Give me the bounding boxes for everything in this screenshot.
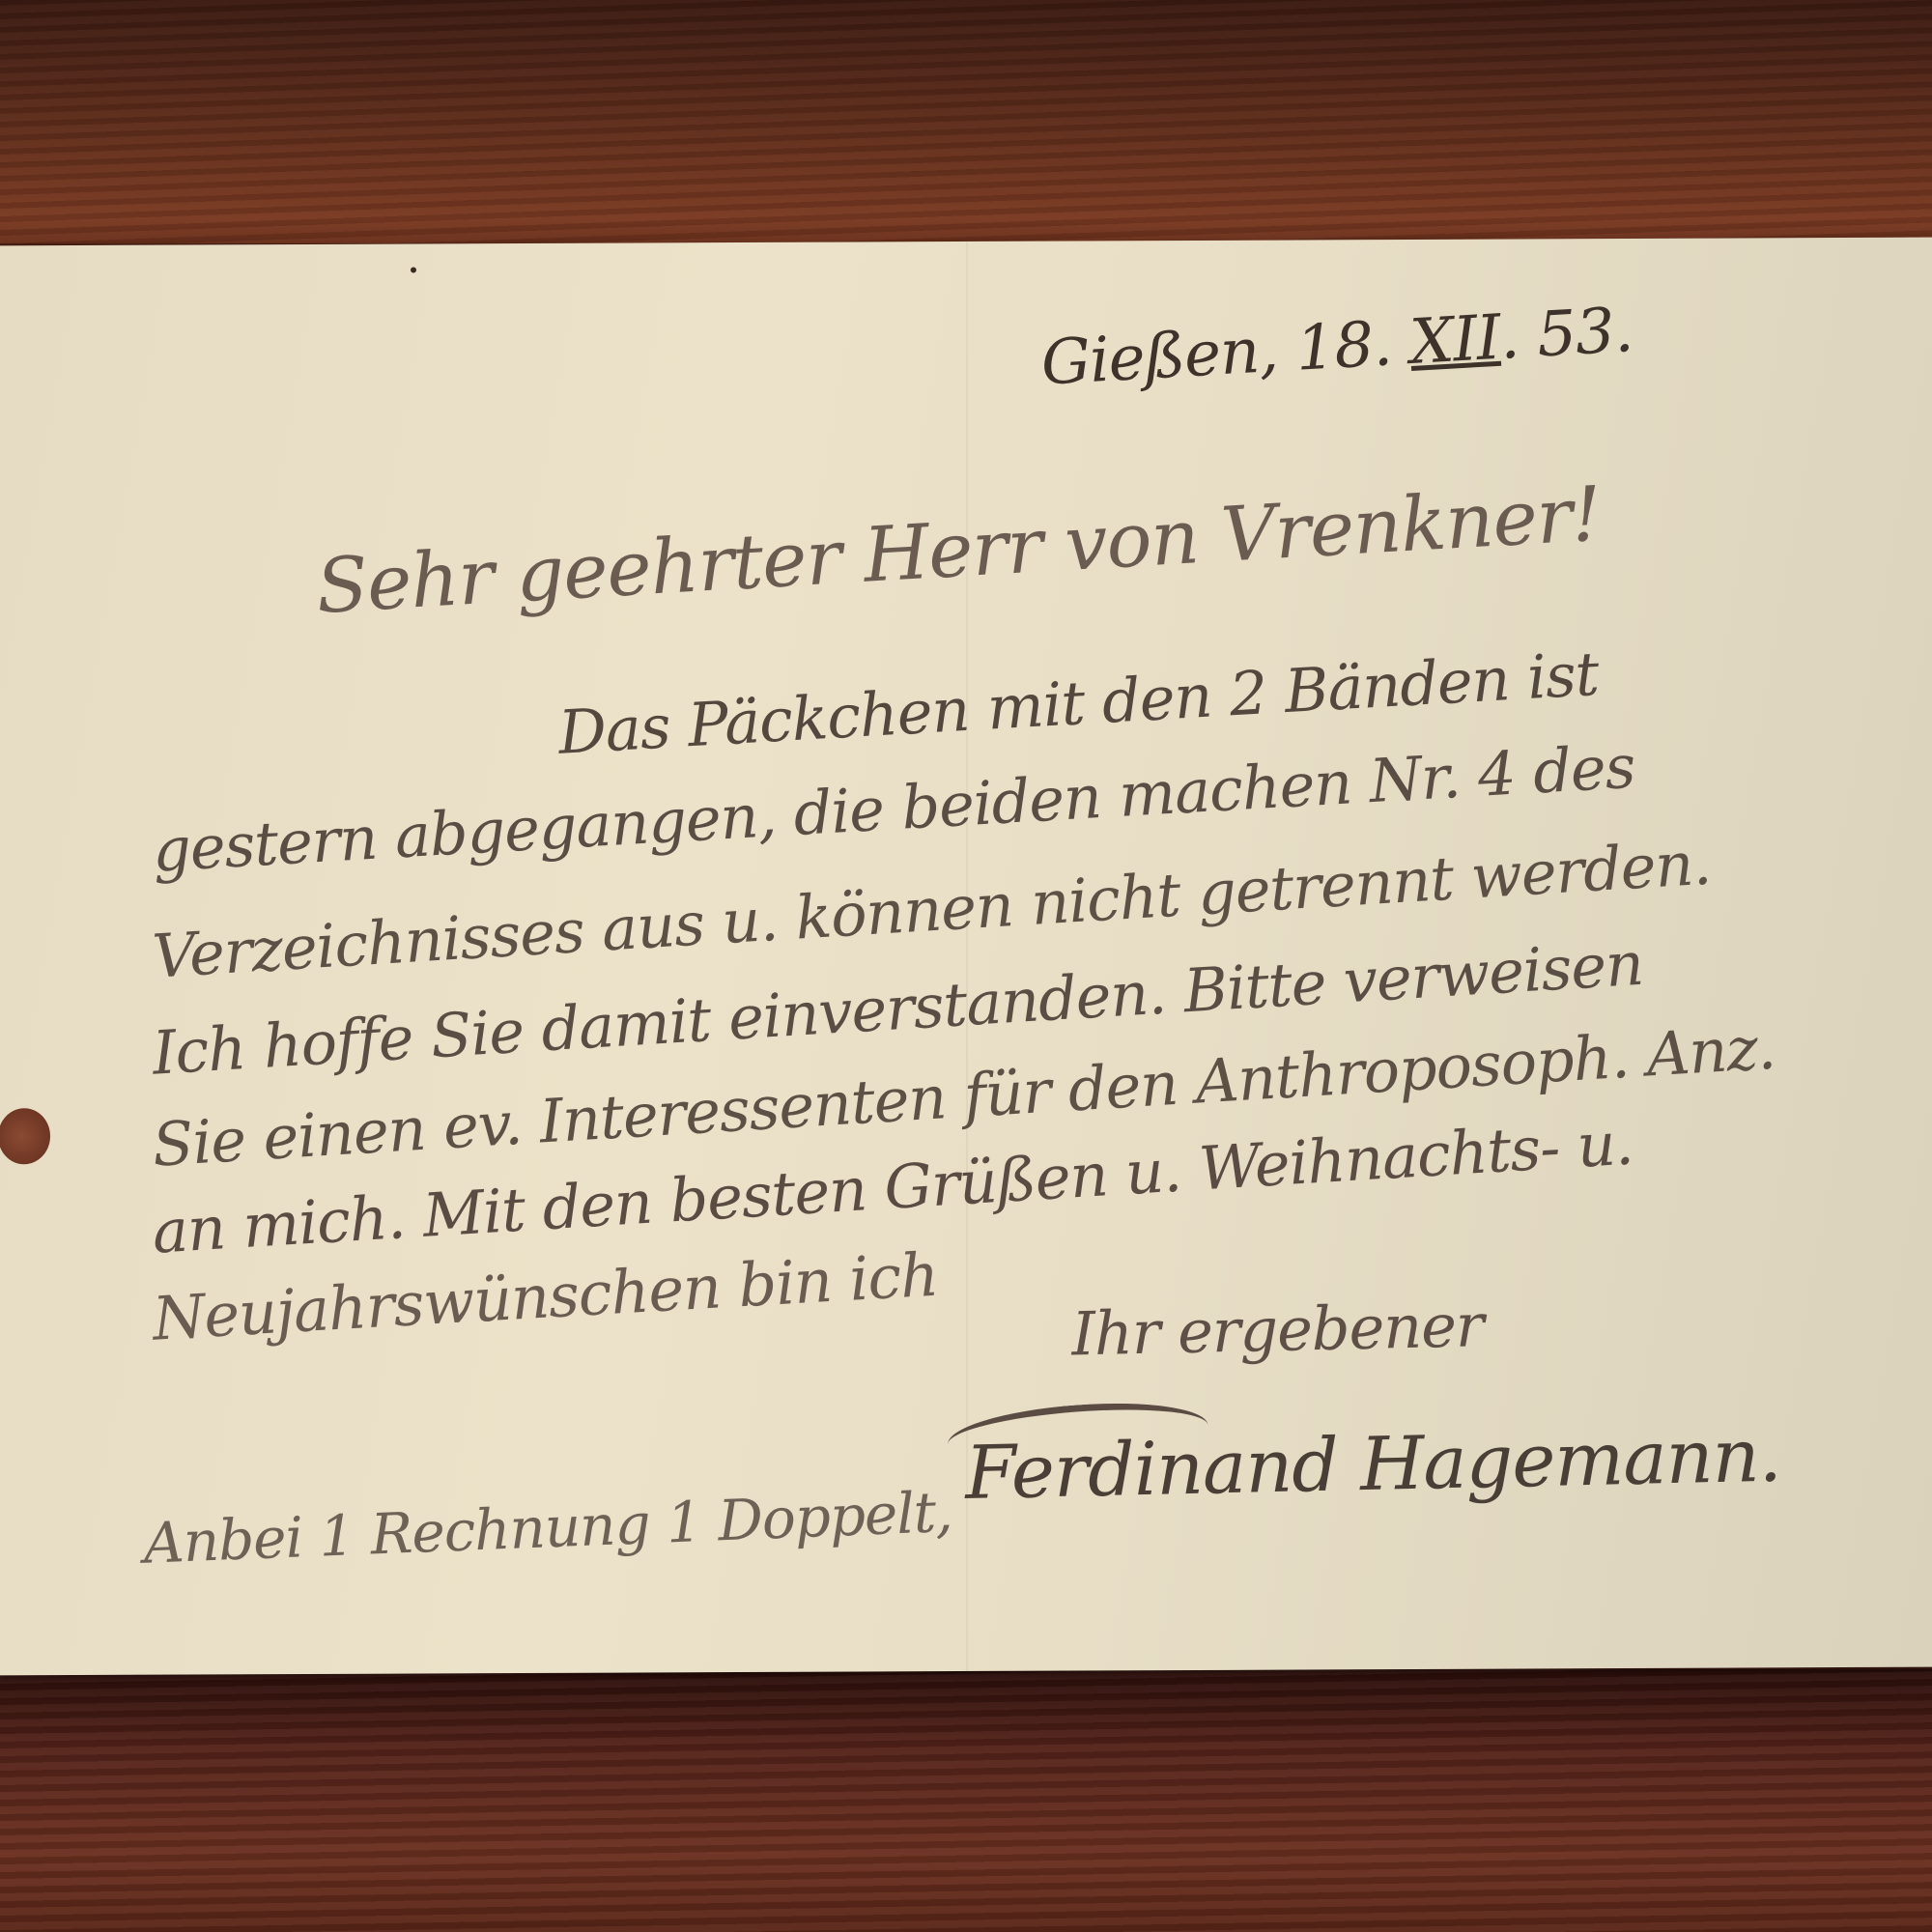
ink-speck	[411, 267, 416, 272]
enclosure-note: Anbei 1 Rechnung 1 Doppelt,	[143, 1479, 953, 1577]
wooden-table-bottom	[0, 1669, 1932, 1932]
date-line: Gießen, 18. XII. 53.	[1039, 295, 1634, 400]
signature: Ferdinand Hagemann.	[964, 1412, 1781, 1516]
date-year: . 53.	[1498, 295, 1634, 374]
salutation: Sehr geehrter Herr von Vrenkner!	[314, 471, 1603, 631]
letter-paper: Gießen, 18. XII. 53. Sehr geehrter Herr …	[0, 238, 1932, 1676]
date-month: XII	[1408, 302, 1502, 379]
punch-hole	[0, 1108, 50, 1164]
closing: Ihr ergebener	[1071, 1290, 1484, 1369]
date-place: Gießen,	[1039, 315, 1279, 400]
wooden-table-top	[0, 0, 1932, 243]
date-day: 18.	[1294, 308, 1394, 384]
